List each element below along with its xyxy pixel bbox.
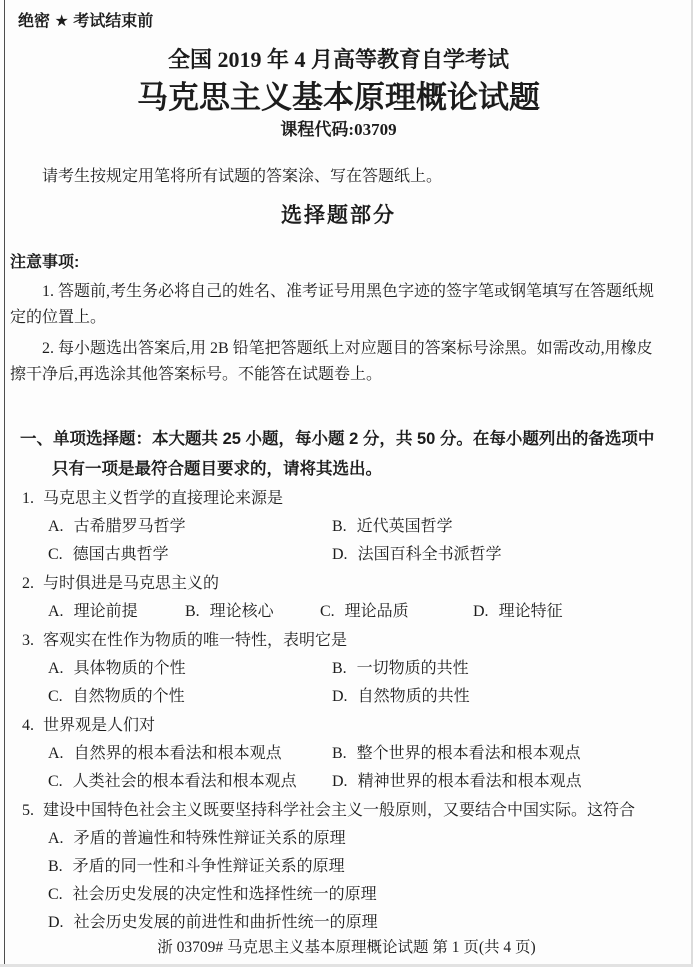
option: A.自然界的根本看法和根本观点 — [48, 740, 332, 768]
question-options: A.自然界的根本看法和根本观点B.整个世界的根本看法和根本观点C.人类社会的根本… — [48, 740, 667, 796]
option-text: 法国百科全书派哲学 — [358, 546, 502, 563]
question-options: A.矛盾的普遍性和特殊性辩证关系的原理B.矛盾的同一性和斗争性辩证关系的原理C.… — [48, 825, 667, 937]
note-item: 2. 每小题选出答案后,用 2B 铅笔把答题纸上对应题目的答案标号涂黑。如需改动… — [10, 336, 667, 388]
option-text: 理论特征 — [499, 603, 563, 620]
option: B.一切物质的共性 — [332, 655, 667, 683]
option-text: 理论核心 — [210, 603, 274, 620]
option: B.近代英国哲学 — [332, 513, 667, 541]
question-stem-text: 建设中国特色社会主义既要坚持科学社会主义一般原则，又要结合中国实际。这符合 — [43, 802, 635, 819]
option-text: 理论前提 — [74, 603, 138, 620]
question-number: 1. — [22, 490, 34, 507]
option-label: B. — [332, 518, 347, 535]
option-label: B. — [332, 745, 347, 762]
question-number: 3. — [22, 632, 34, 649]
question-options: A.理论前提B.理论核心C.理论品质D.理论特征 — [48, 598, 667, 626]
option-label: C. — [48, 886, 63, 903]
question: 4.世界观是人们对A.自然界的根本看法和根本观点B.整个世界的根本看法和根本观点… — [22, 711, 667, 796]
option-label: D. — [48, 914, 64, 931]
option-label: C. — [48, 688, 63, 705]
question-options: A.具体物质的个性B.一切物质的共性C.自然物质的个性D.自然物质的共性 — [48, 655, 667, 711]
scan-left-border-line — [4, 0, 5, 967]
question-stem: 2.与时俱进是马克思主义的 — [22, 569, 667, 598]
answer-instruction: 请考生按规定用笔将所有试题的答案涂、写在答题纸上。 — [10, 166, 667, 188]
option: C.理论品质 — [320, 598, 473, 626]
question-stem-text: 世界观是人们对 — [43, 717, 155, 734]
option-label: C. — [48, 546, 63, 563]
option: A.理论前提 — [48, 598, 185, 626]
question-options: A.古希腊罗马哲学B.近代英国哲学C.德国古典哲学D.法国百科全书派哲学 — [48, 513, 667, 569]
option: A.具体物质的个性 — [48, 655, 332, 683]
question: 3.客观实在性作为物质的唯一特性，表明它是A.具体物质的个性B.一切物质的共性C… — [22, 626, 667, 711]
option-text: 精神世界的根本看法和根本观点 — [358, 773, 582, 790]
option: B.理论核心 — [185, 598, 320, 626]
option-label: B. — [185, 603, 200, 620]
part-heading: 选择题部分 — [10, 202, 667, 230]
question: 2.与时俱进是马克思主义的A.理论前提B.理论核心C.理论品质D.理论特征 — [22, 569, 667, 626]
option: D.社会历史发展的前进性和曲折性统一的原理 — [48, 909, 667, 937]
notes-list: 1. 答题前,考生务必将自己的姓名、准考证号用黑色字迹的签字笔或钢笔填写在答题纸… — [10, 279, 667, 388]
option-text: 人类社会的根本看法和根本观点 — [73, 773, 297, 790]
option-text: 德国古典哲学 — [73, 546, 169, 563]
question-number: 2. — [22, 575, 34, 592]
option: B.整个世界的根本看法和根本观点 — [332, 740, 667, 768]
option-label: C. — [320, 603, 335, 620]
question: 1.马克思主义哲学的直接理论来源是A.古希腊罗马哲学B.近代英国哲学C.德国古典… — [22, 484, 667, 569]
question-stem: 3.客观实在性作为物质的唯一特性，表明它是 — [22, 626, 667, 655]
option-text: 社会历史发展的决定性和选择性统一的原理 — [73, 886, 377, 903]
option-label: D. — [332, 688, 348, 705]
question: 5.建设中国特色社会主义既要坚持科学社会主义一般原则，又要结合中国实际。这符合A… — [22, 796, 667, 937]
option-label: A. — [48, 745, 64, 762]
question-number: 5. — [22, 802, 34, 819]
question-stem-text: 与时俱进是马克思主义的 — [43, 575, 219, 592]
option-label: D. — [332, 546, 348, 563]
option-text: 理论品质 — [345, 603, 409, 620]
option-label: A. — [48, 518, 64, 535]
option: D.自然物质的共性 — [332, 683, 667, 711]
option-text: 自然界的根本看法和根本观点 — [74, 745, 282, 762]
option: D.法国百科全书派哲学 — [332, 541, 667, 569]
page-footer: 浙 03709# 马克思主义基本原理概论试题 第 1 页(共 4 页) — [0, 938, 693, 958]
note-item: 1. 答题前,考生务必将自己的姓名、准考证号用黑色字迹的签字笔或钢笔填写在答题纸… — [10, 279, 667, 331]
option-text: 矛盾的同一性和斗争性辩证关系的原理 — [73, 858, 345, 875]
page-content: 绝密 ★ 考试结束前 全国 2019 年 4 月高等教育自学考试 马克思主义基本… — [0, 0, 693, 937]
option-text: 自然物质的共性 — [358, 688, 470, 705]
option-label: B. — [332, 660, 347, 677]
question-stem-text: 客观实在性作为物质的唯一特性，表明它是 — [43, 632, 347, 649]
option: A.矛盾的普遍性和特殊性辩证关系的原理 — [48, 825, 667, 853]
exam-title: 马克思主义基本原理概论试题 — [10, 78, 667, 118]
course-code: 课程代码:03709 — [10, 118, 667, 142]
option-text: 具体物质的个性 — [74, 660, 186, 677]
option-label: A. — [48, 830, 64, 847]
option: C.人类社会的根本看法和根本观点 — [48, 768, 332, 796]
option-text: 近代英国哲学 — [357, 518, 453, 535]
option: B.矛盾的同一性和斗争性辩证关系的原理 — [48, 853, 667, 881]
question-number: 4. — [22, 717, 34, 734]
question-list: 1.马克思主义哲学的直接理论来源是A.古希腊罗马哲学B.近代英国哲学C.德国古典… — [10, 484, 667, 937]
question-stem-text: 马克思主义哲学的直接理论来源是 — [43, 490, 283, 507]
section-one-heading: 一、单项选择题：本大题共 25 小题，每小题 2 分，共 50 分。在每小题列出… — [10, 424, 667, 484]
option-label: D. — [473, 603, 489, 620]
option-label: D. — [332, 773, 348, 790]
option-label: B. — [48, 858, 63, 875]
exam-paper-page: 绝密 ★ 考试结束前 全国 2019 年 4 月高等教育自学考试 马克思主义基本… — [0, 0, 693, 967]
option: C.德国古典哲学 — [48, 541, 332, 569]
option: D.理论特征 — [473, 598, 667, 626]
option-label: C. — [48, 773, 63, 790]
option: C.社会历史发展的决定性和选择性统一的原理 — [48, 881, 667, 909]
option-label: A. — [48, 603, 64, 620]
option-text: 自然物质的个性 — [73, 688, 185, 705]
option-text: 古希腊罗马哲学 — [74, 518, 186, 535]
question-stem: 4.世界观是人们对 — [22, 711, 667, 740]
option: D.精神世界的根本看法和根本观点 — [332, 768, 667, 796]
exam-session-title: 全国 2019 年 4 月高等教育自学考试 — [10, 46, 667, 74]
question-stem: 5.建设中国特色社会主义既要坚持科学社会主义一般原则，又要结合中国实际。这符合 — [22, 796, 667, 825]
option-text: 矛盾的普遍性和特殊性辩证关系的原理 — [74, 830, 346, 847]
option-text: 社会历史发展的前进性和曲折性统一的原理 — [74, 914, 378, 931]
question-stem: 1.马克思主义哲学的直接理论来源是 — [22, 484, 667, 513]
option-text: 一切物质的共性 — [357, 660, 469, 677]
option: A.古希腊罗马哲学 — [48, 513, 332, 541]
option-label: A. — [48, 660, 64, 677]
option: C.自然物质的个性 — [48, 683, 332, 711]
notes-heading: 注意事项: — [10, 252, 667, 274]
secrecy-notice: 绝密 ★ 考试结束前 — [18, 12, 667, 32]
option-text: 整个世界的根本看法和根本观点 — [357, 745, 581, 762]
